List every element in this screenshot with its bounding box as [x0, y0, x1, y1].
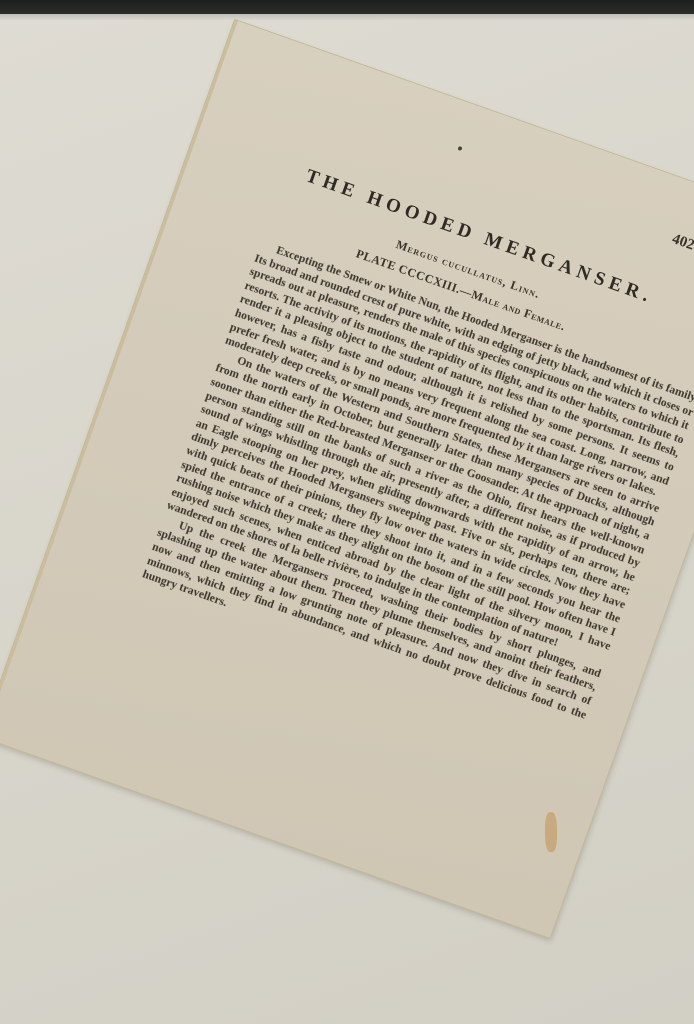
ink-speck [457, 146, 462, 151]
page-number: 402 [670, 231, 694, 255]
dark-top-border [0, 0, 694, 14]
edge-stain [545, 812, 557, 852]
